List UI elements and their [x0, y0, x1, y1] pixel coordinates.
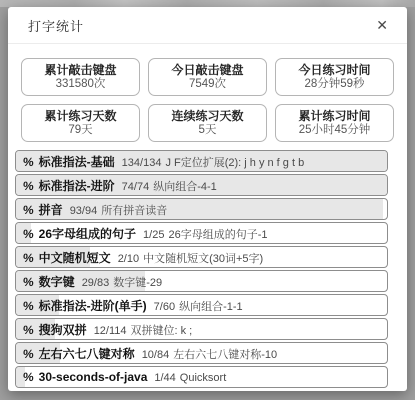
- stat-card-total-practice-days: 累计练习天数 79天: [21, 104, 140, 142]
- lesson-progress: 10/84: [142, 349, 170, 361]
- lesson-row-standard-basic[interactable]: % 标准指法-基础 134/134 J F定位扩展(2): j h y n f …: [15, 150, 388, 172]
- background-page-edge: [0, 0, 415, 7]
- typing-stats-dialog: 打字统计 ✕ 累计敲击键盘 331580次 今日敲击键盘 7549次 今日练习时…: [8, 7, 407, 391]
- lesson-row-30-seconds-of-java[interactable]: % 30-seconds-of-java 1/44 Quicksort: [15, 366, 388, 388]
- percent-icon: %: [23, 227, 35, 241]
- stat-card-total-practice-time: 累计练习时间 25小时45分钟: [275, 104, 394, 142]
- lesson-name: 标准指法-进阶: [39, 177, 115, 194]
- lesson-detail: 数字键-29: [113, 274, 162, 290]
- lesson-name: 30-seconds-of-java: [39, 370, 148, 384]
- lesson-detail: Quicksort: [180, 372, 226, 384]
- stat-card-total-keystrokes: 累计敲击键盘 331580次: [21, 58, 140, 96]
- lesson-list: % 标准指法-基础 134/134 J F定位扩展(2): j h y n f …: [8, 150, 407, 388]
- stat-value: 25小时45分钟: [277, 124, 392, 137]
- lesson-name: 中文随机短文: [39, 249, 111, 266]
- lesson-progress: 7/60: [154, 301, 175, 313]
- lesson-name: 标准指法-基础: [39, 153, 115, 170]
- lesson-detail: 所有拼音读音: [101, 202, 167, 218]
- stat-value: 331580次: [23, 78, 138, 91]
- percent-icon: %: [23, 347, 35, 361]
- stat-label: 今日敲击键盘: [150, 62, 265, 78]
- stat-value: 7549次: [150, 78, 265, 91]
- lesson-progress: 93/94: [70, 205, 98, 217]
- lesson-name: 标准指法-进阶(单手): [39, 297, 147, 314]
- stat-value: 28分钟59秒: [277, 78, 392, 91]
- stat-label: 今日练习时间: [277, 62, 392, 78]
- lesson-detail: 中文随机短文(30词+5字): [143, 250, 263, 266]
- lesson-row-standard-advanced[interactable]: % 标准指法-进阶 74/74 纵向组合-4-1: [15, 174, 388, 196]
- lesson-detail: 纵向组合-4-1: [153, 178, 217, 194]
- stat-card-today-practice-time: 今日练习时间 28分钟59秒: [275, 58, 394, 96]
- lesson-progress: 74/74: [122, 181, 150, 193]
- percent-icon: %: [23, 203, 35, 217]
- stat-label: 累计敲击键盘: [23, 62, 138, 78]
- stat-label: 连续练习天数: [150, 108, 265, 124]
- percent-icon: %: [23, 251, 35, 265]
- lesson-row-number-keys[interactable]: % 数字键 29/83 数字键-29: [15, 270, 388, 292]
- lesson-row-678-key-symmetry[interactable]: % 左右六七八键对称 10/84 左右六七八键对称-10: [15, 342, 388, 364]
- stats-grid: 累计敲击键盘 331580次 今日敲击键盘 7549次 今日练习时间 28分钟5…: [8, 44, 407, 150]
- percent-icon: %: [23, 275, 35, 289]
- close-icon[interactable]: ✕: [374, 16, 390, 34]
- lesson-detail: 左右六七八键对称-10: [173, 346, 277, 362]
- lesson-row-standard-advanced-one-hand[interactable]: % 标准指法-进阶(单手) 7/60 纵向组合-1-1: [15, 294, 388, 316]
- lesson-name: 左右六七八键对称: [39, 345, 135, 362]
- lesson-progress: 29/83: [82, 277, 110, 289]
- lesson-progress: 12/114: [94, 325, 127, 337]
- stat-label: 累计练习时间: [277, 108, 392, 124]
- percent-icon: %: [23, 155, 35, 169]
- lesson-row-chinese-random-text[interactable]: % 中文随机短文 2/10 中文随机短文(30词+5字): [15, 246, 388, 268]
- stat-card-today-keystrokes: 今日敲击键盘 7549次: [148, 58, 267, 96]
- lesson-progress: 1/44: [154, 372, 175, 384]
- stat-value: 79天: [23, 124, 138, 137]
- lesson-detail: J F定位扩展(2): j h y n f g t b: [165, 154, 304, 170]
- dialog-header: 打字统计 ✕: [8, 7, 407, 43]
- lesson-name: 数字键: [39, 273, 75, 290]
- lesson-progress: 134/134: [122, 157, 162, 169]
- lesson-detail: 纵向组合-1-1: [179, 298, 243, 314]
- stat-card-streak-days: 连续练习天数 5天: [148, 104, 267, 142]
- lesson-name: 拼音: [39, 201, 63, 218]
- percent-icon: %: [23, 179, 35, 193]
- lesson-detail: 双拼键位: k ;: [131, 322, 193, 338]
- lesson-row-pinyin[interactable]: % 拼音 93/94 所有拼音读音: [15, 198, 388, 220]
- percent-icon: %: [23, 370, 35, 384]
- lesson-row-sogou-shuangpin[interactable]: % 搜狗双拼 12/114 双拼键位: k ;: [15, 318, 388, 340]
- lesson-name: 搜狗双拼: [39, 321, 87, 338]
- lesson-detail: 26字母组成的句子-1: [168, 226, 267, 242]
- percent-icon: %: [23, 299, 35, 313]
- dialog-title: 打字统计: [28, 16, 374, 35]
- lesson-name: 26字母组成的句子: [39, 225, 136, 242]
- percent-icon: %: [23, 323, 35, 337]
- lesson-progress: 1/25: [143, 229, 164, 241]
- lesson-progress: 2/10: [118, 253, 139, 265]
- lesson-row-26-letter-sentences[interactable]: % 26字母组成的句子 1/25 26字母组成的句子-1: [15, 222, 388, 244]
- stat-label: 累计练习天数: [23, 108, 138, 124]
- stat-value: 5天: [150, 124, 265, 137]
